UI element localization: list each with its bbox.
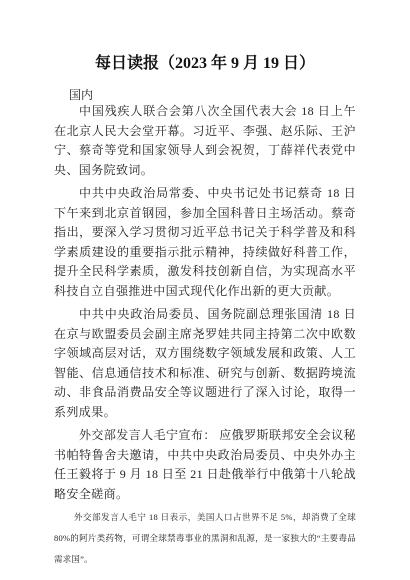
document-title: 每日读报（2023 年 9 月 19 日）: [54, 53, 356, 75]
paragraph-science-popularization-day: 中共中央政治局常委、中央书记处书记蔡奇 18 日下午来到北京首钢园，参加全国科普…: [54, 184, 356, 301]
paragraph-china-russia-security-consultation: 外交部发言人毛宁宣布： 应俄罗斯联邦安全会议秘书帕特鲁舍夫邀请，中共中央政治局委…: [54, 426, 356, 504]
footnote-mofa-statement: 外交部发言人毛宁 18 日表示，美国人口占世界不足 5%，却消费了全球 80%的…: [54, 507, 356, 570]
section-label-domestic: 国内: [54, 88, 356, 102]
paragraph-china-eu-digital-dialogue: 中共中央政治局委员、国务院副总理张国清 18 日在京与欧盟委员会副主席尧罗娃共同…: [54, 305, 356, 422]
document-page: 每日读报（2023 年 9 月 19 日） 国内 中国残疾人联合会第八次全国代表…: [0, 0, 410, 580]
paragraph-disabled-federation-congress: 中国残疾人联合会第八次全国代表大会 18 日上午在北京人民大会堂开幕。习近平、李…: [54, 102, 356, 180]
